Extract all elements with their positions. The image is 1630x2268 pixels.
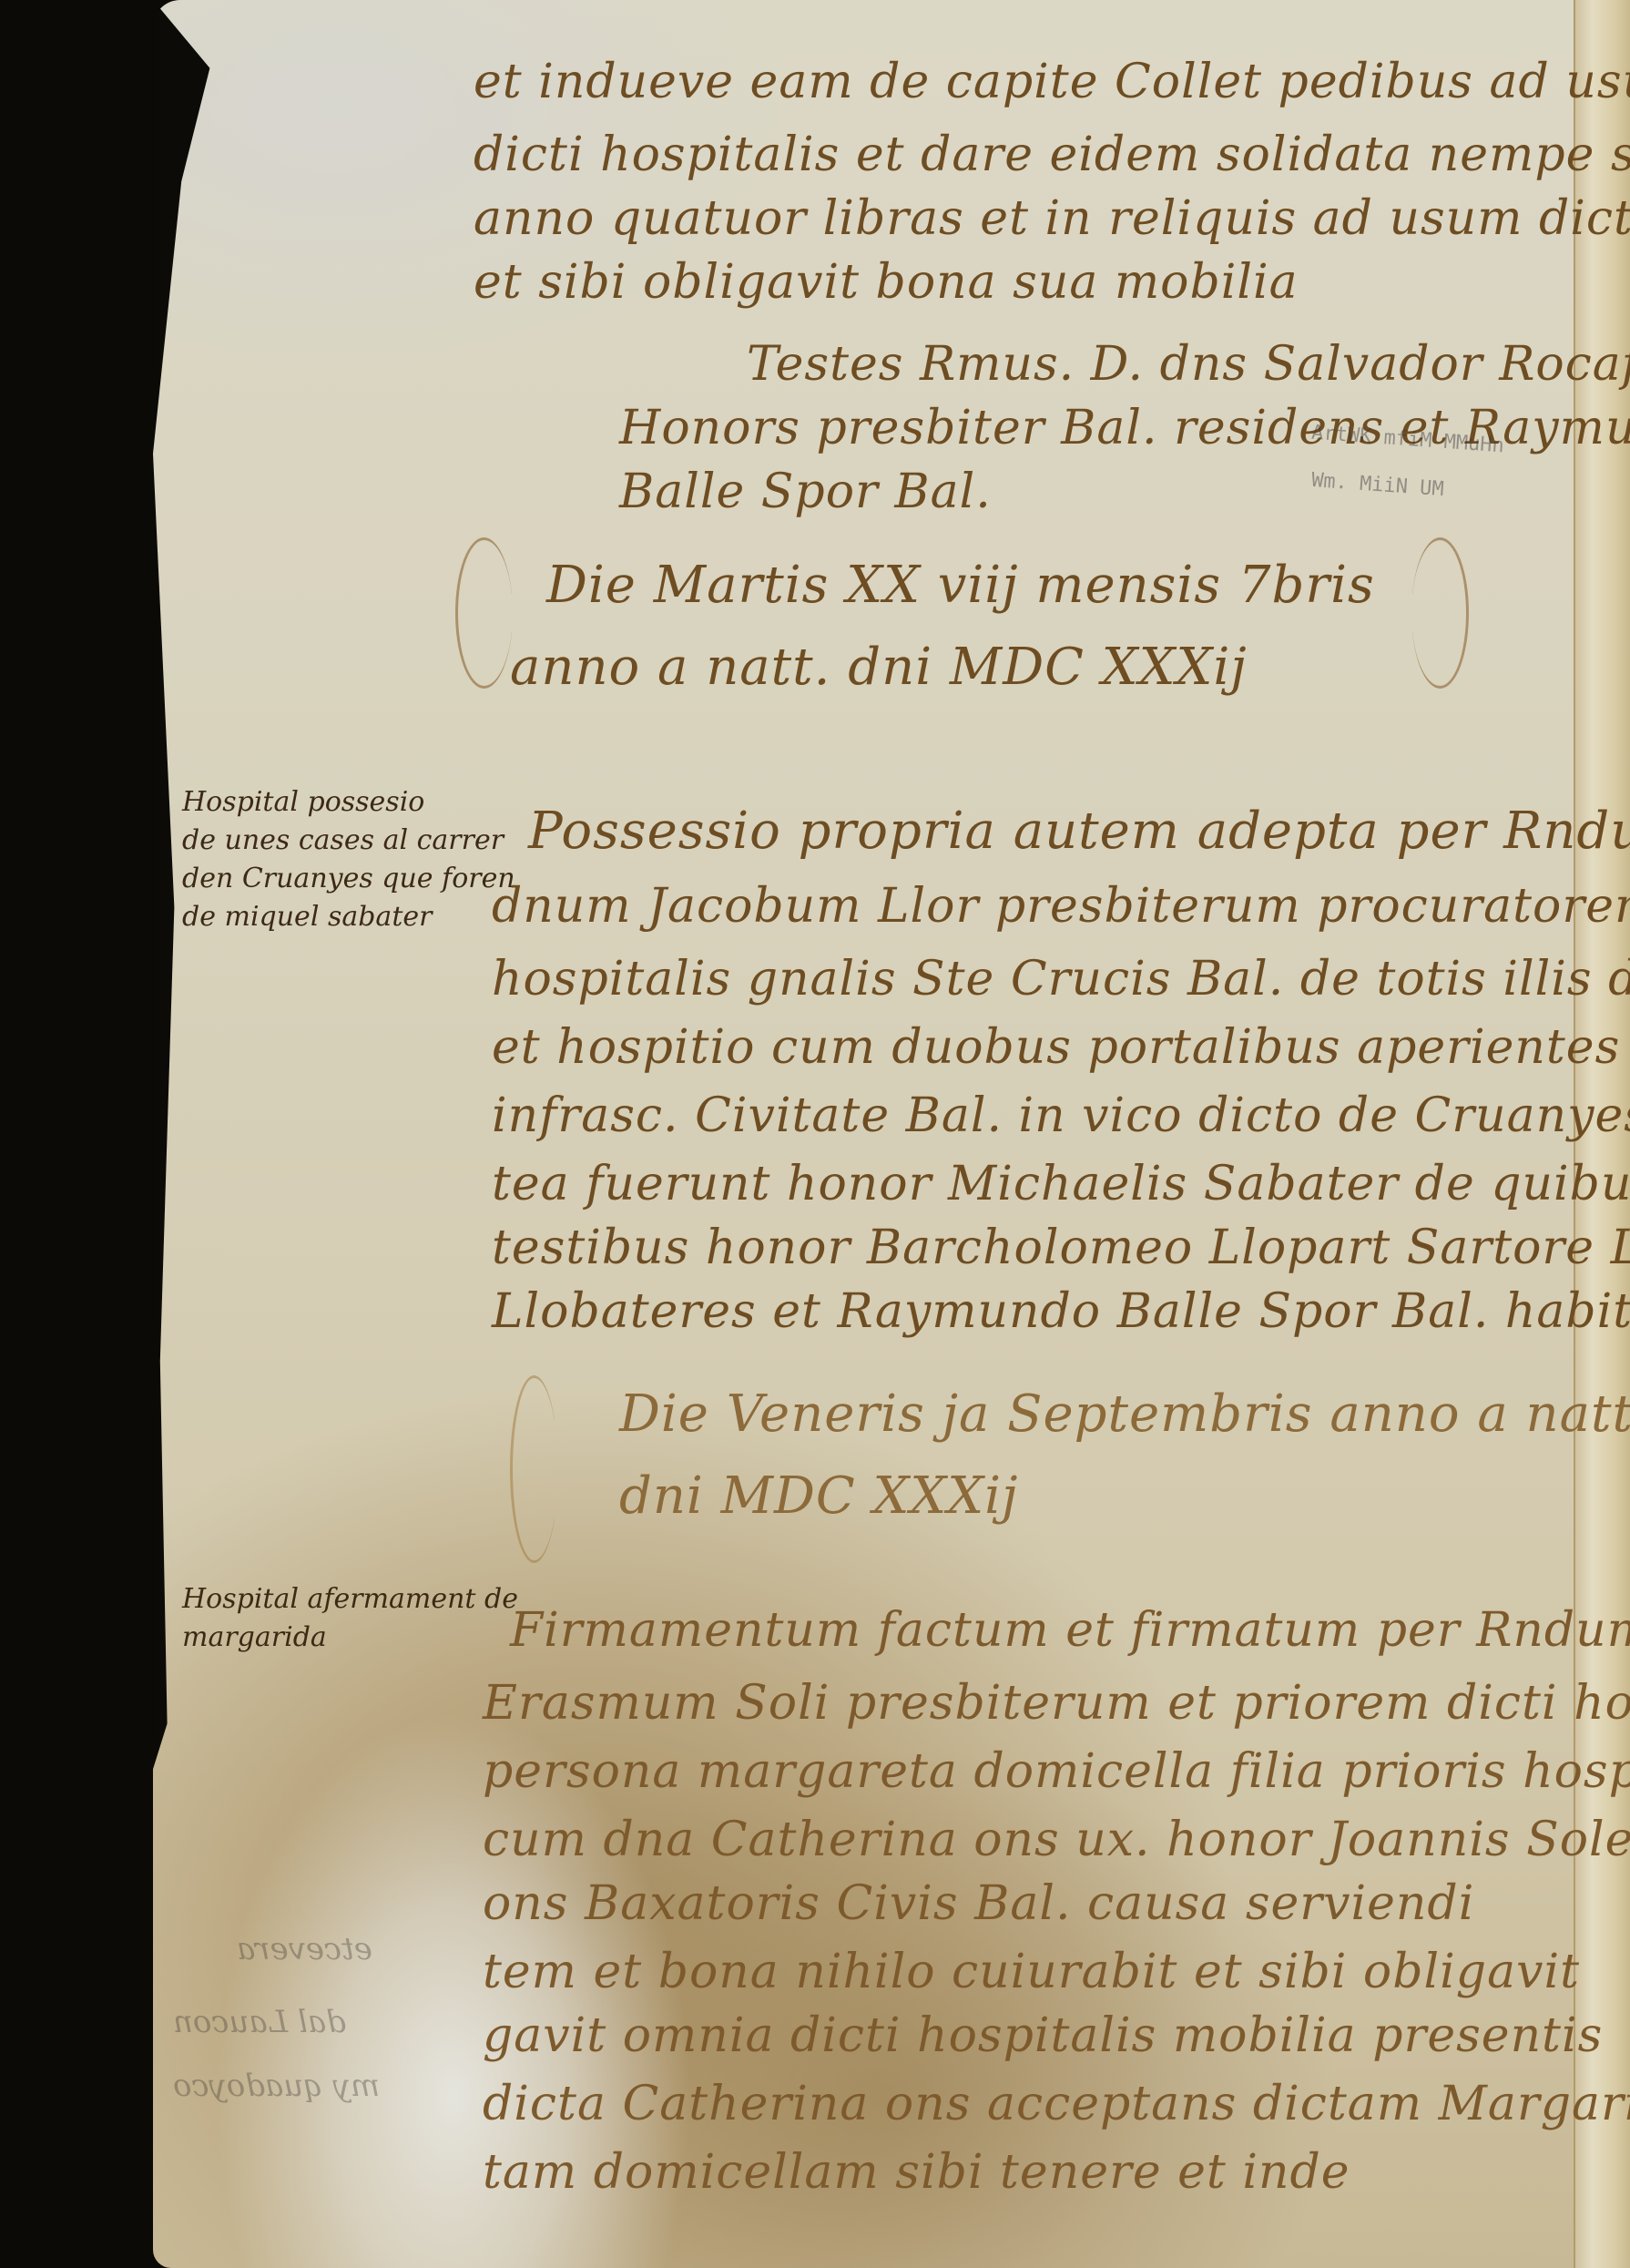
- entry-1-line: dicti hospitalis et dare eidem solidata …: [474, 128, 1630, 182]
- entry-3-line: ons Baxatoris Civis Bal. causa serviendi: [483, 1876, 1474, 1931]
- entry-3-line: cum dna Catherina ons ux. honor Joannis …: [483, 1813, 1630, 1867]
- entry-2-line: infrasc. Civitate Bal. in vico dicto de …: [492, 1088, 1630, 1143]
- margin-note-line: de miquel sabater: [182, 898, 515, 936]
- entry-3-line: persona margareta domicella filia priori…: [483, 1744, 1630, 1799]
- entry-3-line: Firmamentum factum et firmatum per Rndum: [510, 1603, 1630, 1658]
- bleed-through-text: my quadoyco: [173, 2068, 380, 2104]
- date-line: Die Veneris ja Septembris anno a natt.: [619, 1384, 1630, 1444]
- entry-2-line: Possessio propria autem adepta per Rndum: [528, 802, 1630, 861]
- entry-3-line: tem et bona nihilo cuiurabit et sibi obl…: [483, 1945, 1580, 1999]
- margin-note-1: Hospital possesio de unes cases al carre…: [182, 783, 515, 936]
- entry-2-line: dnum Jacobum Llor presbiterum procurator…: [492, 879, 1630, 934]
- entry-2-line: tea fuerunt honor Michaelis Sabater de q…: [492, 1157, 1630, 1211]
- margin-note-line: de unes cases al carrer: [182, 822, 515, 860]
- book-binding: [0, 0, 159, 2268]
- witness-line: Balle Spor Bal.: [619, 465, 992, 519]
- date-line: Die Martis XX viij mensis 7bris: [546, 556, 1375, 615]
- entry-1-line: et indueve eam de capite Collet pedibus …: [474, 55, 1630, 109]
- bleed-through-text: dal Laucon: [173, 2004, 346, 2040]
- entry-2-line: testibus honor Barcholomeo Llopart Sarto…: [492, 1221, 1630, 1275]
- margin-note-line: Hospital possesio: [182, 783, 515, 822]
- entry-3-line: Erasmum Soli presbiterum et priorem dict…: [483, 1676, 1630, 1731]
- flourish-bracket-left: [510, 1375, 558, 1563]
- entry-1-line: anno quatuor libras et in reliquis ad us…: [474, 191, 1630, 246]
- entry-2-line: Llobateres et Raymundo Balle Spor Bal. h…: [492, 1284, 1630, 1339]
- margin-note-line: den Cruanyes que foren: [182, 860, 515, 898]
- witness-line: Testes Rmus. D. dns Salvador Rocafort: [747, 337, 1630, 392]
- entry-3-line: dicta Catherina ons acceptans dictam Mar…: [483, 2077, 1630, 2131]
- entry-3-line: gavit omnia dicti hospitalis mobilia pre…: [483, 2008, 1603, 2063]
- date-line: anno a natt. dni MDC XXXij: [510, 638, 1248, 697]
- entry-3-line: tam domicellam sibi tenere et inde: [483, 2145, 1350, 2200]
- margin-note-line: margarida: [182, 1619, 518, 1657]
- entry-2-line: et hospitio cum duobus portalibus aperie…: [492, 1020, 1630, 1075]
- entry-1-line: et sibi obligavit bona sua mobilia: [474, 255, 1299, 310]
- flourish-bracket-right: [1411, 537, 1469, 689]
- flourish-bracket-left: [455, 537, 513, 689]
- margin-note-line: Hospital afermament de: [182, 1580, 518, 1619]
- date-line: dni MDC XXXij: [619, 1466, 1018, 1526]
- bleed-through-text: etcevera: [237, 1931, 372, 1967]
- margin-note-2: Hospital afermament de margarida: [182, 1580, 518, 1657]
- entry-2-line: hospitalis gnalis Ste Crucis Bal. de tot…: [492, 952, 1630, 1006]
